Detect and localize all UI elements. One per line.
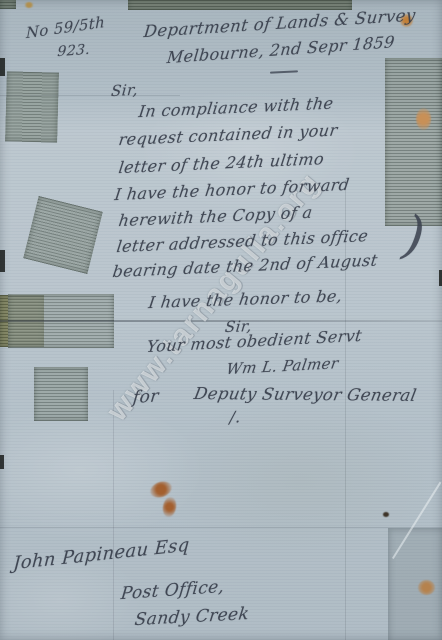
docket-year: 923. (57, 42, 91, 60)
signature-flourish: /. (229, 407, 241, 427)
stamp-remnant-top-band (128, 0, 352, 10)
address-line-3: Sandy Creek (134, 604, 251, 630)
letter-page: www.tarnagulla.org No 59/5th 923. Depart… (0, 0, 442, 640)
stamp-remnant-left-1 (5, 71, 59, 142)
edge-mark-left-1 (0, 58, 5, 76)
address-line-2: Post Office, (120, 577, 226, 604)
stamp-remnant-right-tall (385, 58, 442, 226)
body-line-1: In compliance with the (137, 93, 334, 121)
dark-dot-right (383, 512, 389, 517)
tan-spot-top (24, 2, 34, 8)
salutation: Sir, (110, 81, 139, 101)
edge-mark-left-3 (0, 455, 4, 469)
fold-crease-vertical-right (345, 180, 346, 640)
fold-crease-vertical-left (113, 390, 114, 640)
ink-stain-2 (161, 496, 177, 518)
edge-mark-left-2 (0, 250, 5, 272)
date-underline-flourish (270, 70, 298, 73)
signature: Wm L. Palmer (225, 354, 340, 378)
signature-for-label: for (132, 386, 160, 408)
body-line-3: letter of the 24th ultimo (117, 149, 325, 177)
body-line-2: request contained in your (117, 120, 338, 149)
fold-crease-horizontal-lower (0, 527, 442, 528)
stamp-remnant-left-diamond (23, 196, 103, 274)
fold-crease-horizontal-top (0, 95, 180, 96)
docket-number: No 59/5th (26, 13, 105, 42)
closing-line-1: I have the honor to be, (147, 286, 343, 312)
wax-spot-right (416, 108, 431, 130)
stamp-remnant-top-left-corner (0, 0, 16, 9)
fold-crease-horizontal-main (0, 320, 442, 322)
wax-spot-bottom-right (418, 580, 435, 595)
address-name: John Papineau Esq (13, 534, 191, 574)
stamp-remnant-left-2 (34, 367, 88, 421)
signature-title: Deputy Surveyor General (192, 384, 418, 405)
